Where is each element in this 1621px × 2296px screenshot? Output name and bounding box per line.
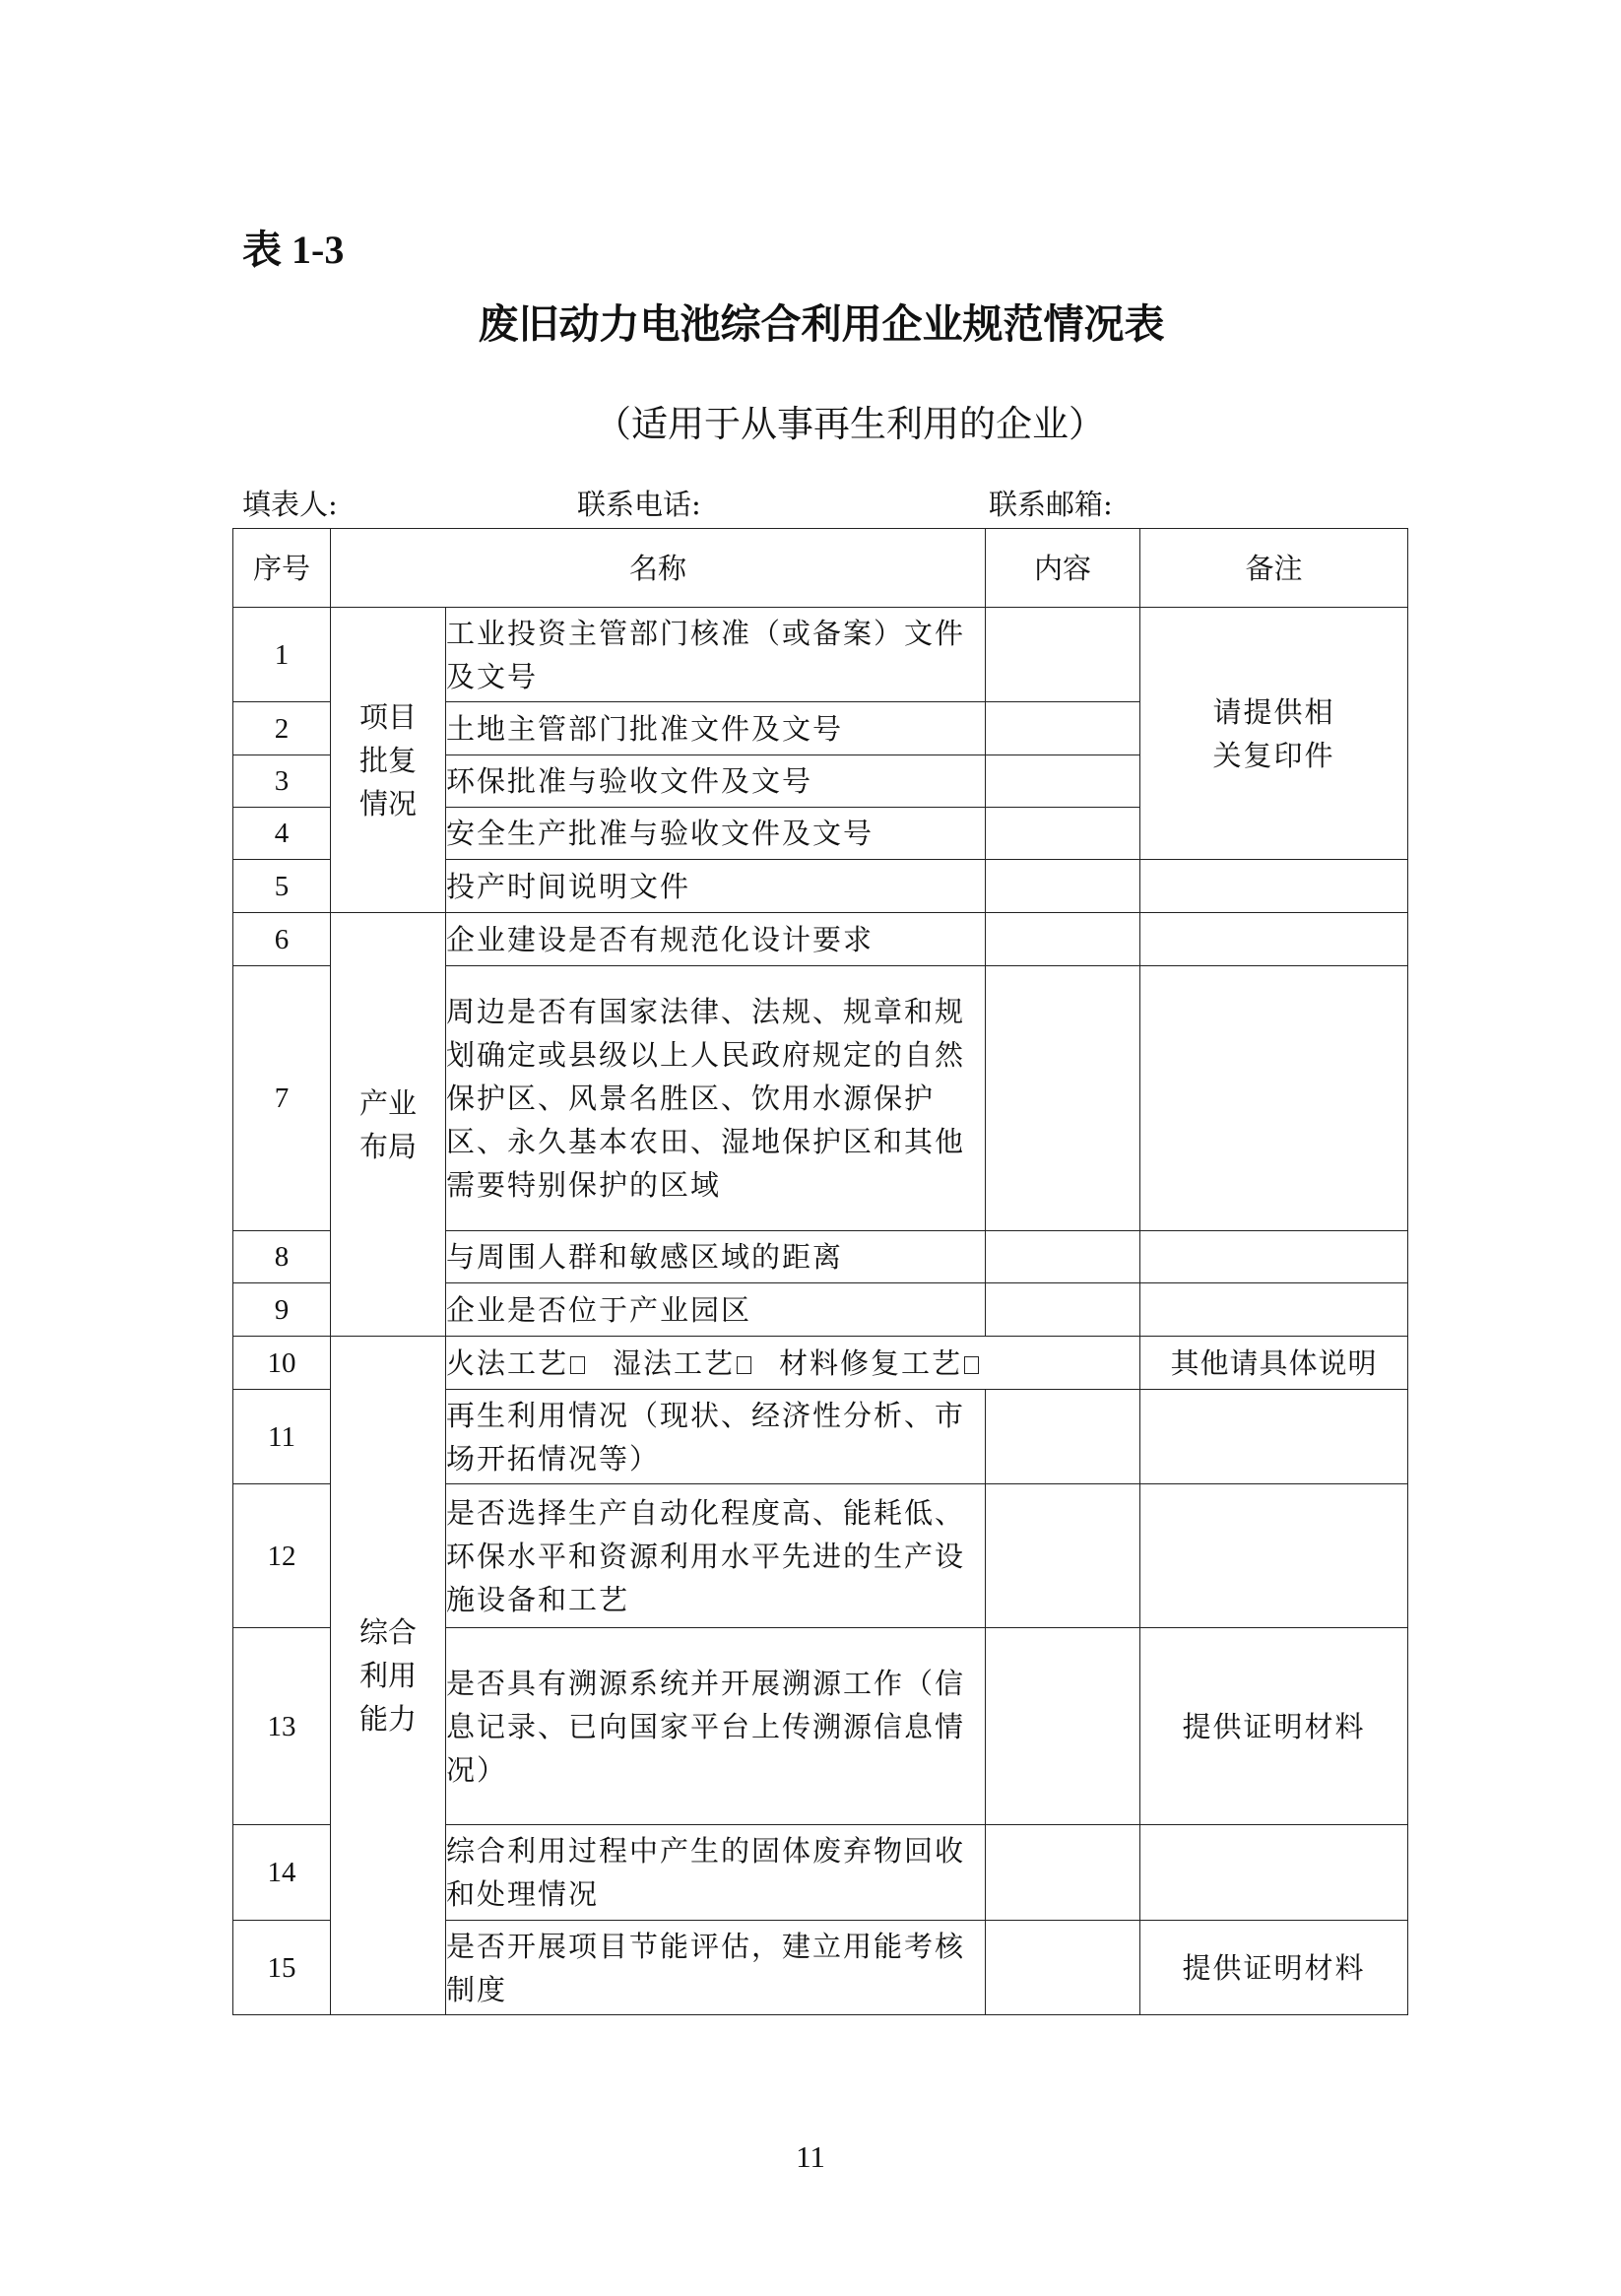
row-name: 与周围人群和敏感区域的距离 xyxy=(446,1231,986,1283)
option-hydro-checkbox[interactable] xyxy=(737,1356,751,1374)
option-repair-label: 材料修复工艺 xyxy=(779,1346,962,1380)
option-pyro-label: 火法工艺 xyxy=(446,1346,568,1380)
row-note-input[interactable] xyxy=(1140,1390,1408,1484)
row-name: 综合利用过程中产生的固体废弃物回收和处理情况 xyxy=(446,1825,986,1921)
row-seq: 2 xyxy=(233,702,331,755)
table-row: 1 项目批复情况 工业投资主管部门核准（或备案）文件及文号 请提供相关复印件 xyxy=(233,608,1408,702)
row-content-input[interactable] xyxy=(986,1484,1140,1628)
row-content-input[interactable] xyxy=(986,966,1140,1231)
row-note: 提供证明材料 xyxy=(1140,1628,1408,1825)
row-note-input[interactable] xyxy=(1140,1825,1408,1921)
row-name: 是否开展项目节能评估，建立用能考核制度 xyxy=(446,1921,986,2015)
row-content-input[interactable] xyxy=(986,1283,1140,1337)
category-utilization-capacity: 综合利用能力 xyxy=(331,1337,446,2015)
row-name: 再生利用情况（现状、经济性分析、市场开拓情况等） xyxy=(446,1390,986,1484)
option-pyro-checkbox[interactable] xyxy=(570,1356,585,1374)
option-hydro-label: 湿法工艺 xyxy=(613,1346,735,1380)
row-content-input[interactable] xyxy=(986,702,1140,755)
category-project-approval: 项目批复情况 xyxy=(331,608,446,913)
row-name: 企业是否位于产业园区 xyxy=(446,1283,986,1337)
table-row: 6 产业布局 企业建设是否有规范化设计要求 xyxy=(233,913,1408,966)
header-note: 备注 xyxy=(1140,529,1408,608)
email-field-label: 联系邮箱: xyxy=(989,483,1113,523)
row-content-input[interactable] xyxy=(986,755,1140,808)
document-title: 废旧动力电池综合利用企业规范情况表 xyxy=(0,292,1621,350)
row-content-input[interactable] xyxy=(986,913,1140,966)
phone-field-label: 联系电话: xyxy=(577,483,701,523)
row-note-input[interactable] xyxy=(1140,860,1408,913)
row-content-input[interactable] xyxy=(986,1231,1140,1283)
category-label: 项目批复情况 xyxy=(357,695,420,825)
row-seq: 15 xyxy=(233,1921,331,2015)
table-label: 表 1-3 xyxy=(242,219,344,275)
row-name: 土地主管部门批准文件及文号 xyxy=(446,702,986,755)
page-number: 11 xyxy=(0,2139,1621,2175)
row-seq: 4 xyxy=(233,808,331,860)
row-name: 环保批准与验收文件及文号 xyxy=(446,755,986,808)
row-note-input[interactable] xyxy=(1140,1283,1408,1337)
row-note-input[interactable] xyxy=(1140,1231,1408,1283)
row-content-input[interactable] xyxy=(986,1390,1140,1484)
option-repair-checkbox[interactable] xyxy=(964,1356,979,1374)
row-content-input[interactable] xyxy=(986,1825,1140,1921)
row-seq: 3 xyxy=(233,755,331,808)
document-subtitle: （适用于从事再生利用的企业） xyxy=(0,394,1621,447)
category-label: 产业布局 xyxy=(357,1082,420,1168)
row-content-input[interactable] xyxy=(986,1921,1140,2015)
row-name: 企业建设是否有规范化设计要求 xyxy=(446,913,986,966)
category-label: 综合利用能力 xyxy=(357,1610,420,1740)
row-name: 是否具有溯源系统并开展溯源工作（信息记录、已向国家平台上传溯源信息情况） xyxy=(446,1628,986,1825)
row-seq: 14 xyxy=(233,1825,331,1921)
row-note-input[interactable] xyxy=(1140,913,1408,966)
filler-field-label: 填表人: xyxy=(242,483,338,523)
header-content: 内容 xyxy=(986,529,1140,608)
row-name: 周边是否有国家法律、法规、规章和规划确定或县级以上人民政府规定的自然保护区、风景… xyxy=(446,966,986,1231)
table-row: 10 综合利用能力 火法工艺湿法工艺材料修复工艺 其他请具体说明 xyxy=(233,1337,1408,1390)
standards-table: 序号 名称 内容 备注 1 项目批复情况 工业投资主管部门核准（或备案）文件及文… xyxy=(232,528,1408,2015)
row-note: 请提供相关复印件 xyxy=(1140,608,1408,860)
row-content-input[interactable] xyxy=(986,860,1140,913)
row-seq: 1 xyxy=(233,608,331,702)
row-seq: 6 xyxy=(233,913,331,966)
header-seq: 序号 xyxy=(233,529,331,608)
row-content-input[interactable] xyxy=(986,1628,1140,1825)
row-note-input[interactable] xyxy=(1140,1484,1408,1628)
process-options: 火法工艺湿法工艺材料修复工艺 xyxy=(446,1337,1140,1390)
row-name: 投产时间说明文件 xyxy=(446,860,986,913)
row-seq: 12 xyxy=(233,1484,331,1628)
table-header-row: 序号 名称 内容 备注 xyxy=(233,529,1408,608)
header-name: 名称 xyxy=(331,529,986,608)
row-note-input[interactable] xyxy=(1140,966,1408,1231)
row-seq: 11 xyxy=(233,1390,331,1484)
row-name: 是否选择生产自动化程度高、能耗低、环保水平和资源利用水平先进的生产设施设备和工艺 xyxy=(446,1484,986,1628)
row-content-input[interactable] xyxy=(986,808,1140,860)
row-name: 工业投资主管部门核准（或备案）文件及文号 xyxy=(446,608,986,702)
row-seq: 10 xyxy=(233,1337,331,1390)
row-seq: 9 xyxy=(233,1283,331,1337)
row-seq: 8 xyxy=(233,1231,331,1283)
row-seq: 7 xyxy=(233,966,331,1231)
row-name: 安全生产批准与验收文件及文号 xyxy=(446,808,986,860)
category-industrial-layout: 产业布局 xyxy=(331,913,446,1337)
row-note: 提供证明材料 xyxy=(1140,1921,1408,2015)
row-seq: 5 xyxy=(233,860,331,913)
row-content-input[interactable] xyxy=(986,608,1140,702)
row-note: 其他请具体说明 xyxy=(1140,1337,1408,1390)
row-seq: 13 xyxy=(233,1628,331,1825)
